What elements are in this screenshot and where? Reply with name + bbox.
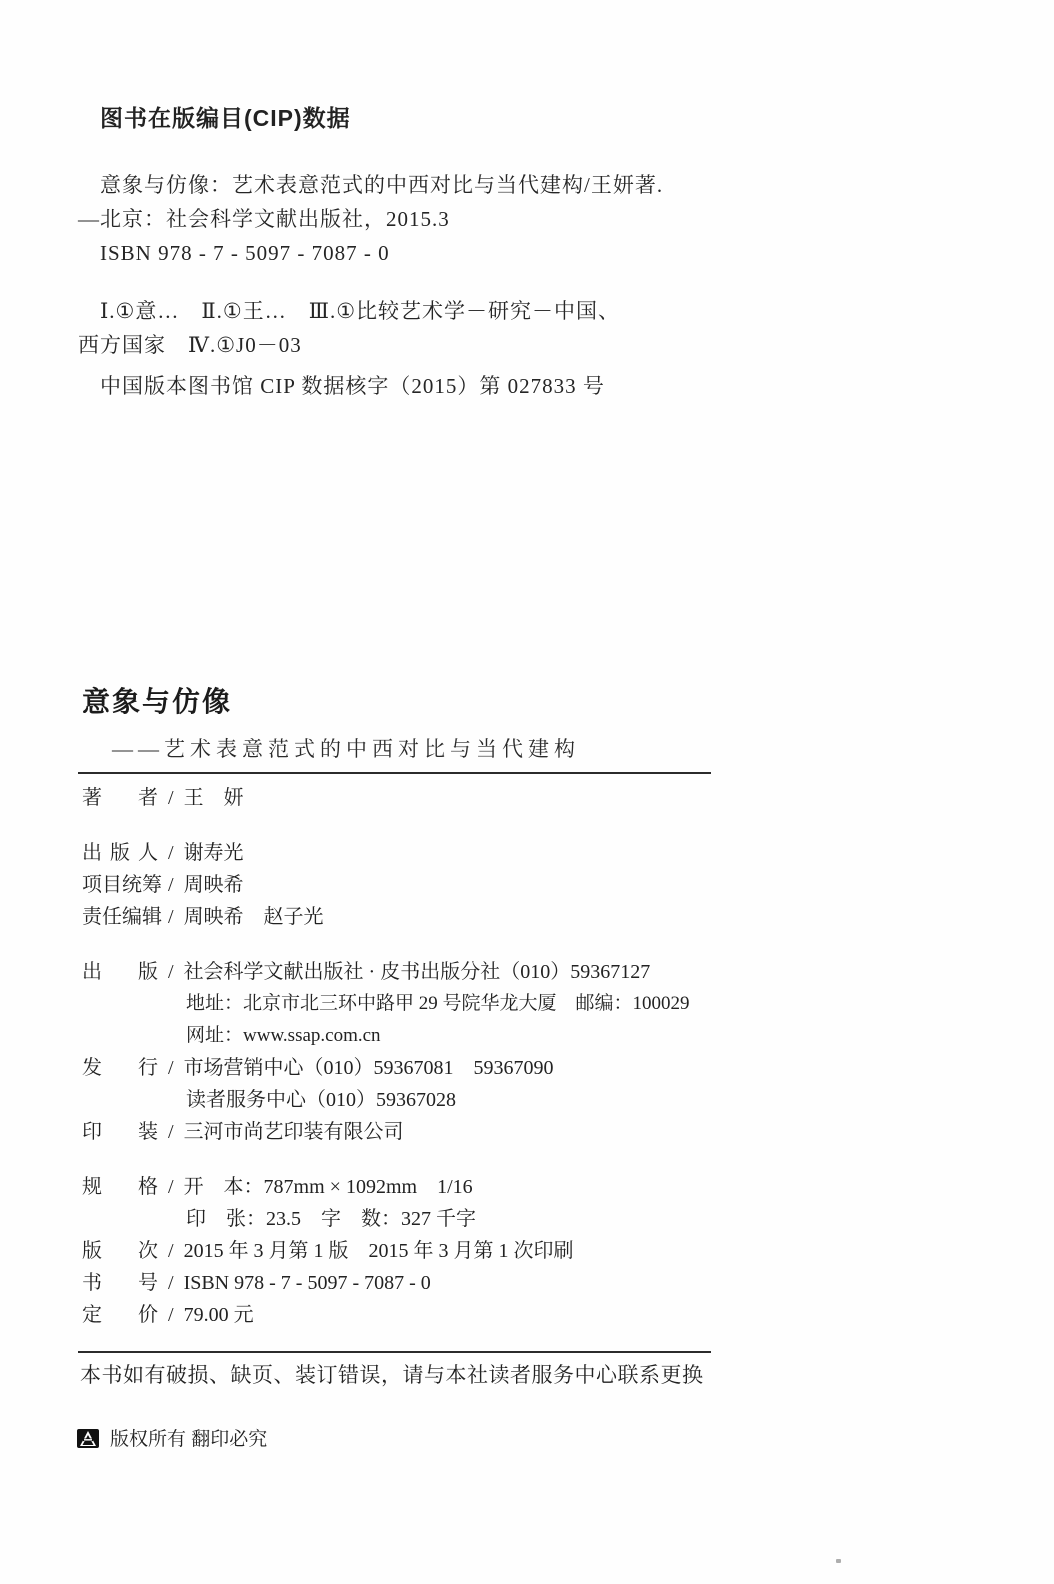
info-value: 周映希 — [184, 874, 244, 896]
info-row-author: 著者/王 妍 — [82, 782, 762, 814]
info-value: 周映希 赵子光 — [184, 906, 324, 928]
label-separator: / — [168, 1240, 174, 1262]
info-label: 定价 — [82, 1299, 158, 1331]
label-separator: / — [168, 842, 174, 864]
info-row-format: 规格/开 本：787mm × 1092mm 1/16 — [82, 1171, 762, 1203]
cip-paragraph: 意象与仿像：艺术表意范式的中西对比与当代建构/王妍著. —北京：社会科学文献出版… — [78, 168, 718, 270]
info-row-project-coordinator: 项目统筹/周映希 — [82, 869, 762, 901]
divider-rule-bottom — [78, 1351, 711, 1353]
info-value: 三河市尚艺印装有限公司 — [184, 1121, 404, 1143]
info-value: 2015 年 3 月第 1 版 2015 年 3 月第 1 次印刷 — [184, 1240, 574, 1262]
info-value: 王 妍 — [184, 787, 244, 809]
scan-artifact — [836, 1559, 841, 1563]
info-subrow-sheets-words: 印 张：23.5 字 数：327 千字 — [82, 1203, 762, 1235]
info-label: 项目统筹 — [82, 869, 158, 901]
anti-piracy-logo-icon — [76, 1426, 100, 1450]
info-row-isbn: 书号/ISBN 978 - 7 - 5097 - 7087 - 0 — [82, 1267, 762, 1299]
cip-class-line1: Ⅰ.①意… Ⅱ.①王… Ⅲ.①比较艺术学－研究－中国、 — [78, 294, 718, 328]
divider-rule-top — [78, 772, 711, 774]
cip-title-line: 意象与仿像：艺术表意范式的中西对比与当代建构/王妍著. — [78, 168, 718, 202]
info-row-distribution: 发行/市场营销中心（010）59367081 59367090 — [82, 1052, 762, 1084]
info-label: 责任编辑 — [82, 901, 158, 933]
info-label: 发行 — [82, 1052, 158, 1084]
info-value: 79.00 元 — [184, 1304, 254, 1326]
label-separator: / — [168, 787, 174, 809]
info-value: 市场营销中心（010）59367081 59367090 — [184, 1057, 554, 1079]
info-label: 印装 — [82, 1116, 158, 1148]
publication-info-list: 著者/王 妍 出版人/谢寿光 项目统筹/周映希 责任编辑/周映希 赵子光 出版/… — [82, 782, 762, 1331]
info-row-printing: 印装/三河市尚艺印装有限公司 — [82, 1116, 762, 1148]
info-row-edition: 版次/2015 年 3 月第 1 版 2015 年 3 月第 1 次印刷 — [82, 1235, 762, 1267]
cip-header: 图书在版编目(CIP)数据 — [100, 100, 351, 133]
copyright-line: 版权所有 翻印必究 — [76, 1424, 267, 1451]
cip-class-line2: 西方国家 Ⅳ.①J0－03 — [78, 328, 718, 362]
cip-isbn-line: ISBN 978 - 7 - 5097 - 7087 - 0 — [78, 236, 718, 270]
label-separator: / — [168, 906, 174, 928]
label-separator: / — [168, 1176, 174, 1198]
info-subrow-reader-service: 读者服务中心（010）59367028 — [82, 1084, 762, 1116]
colophon-page: 图书在版编目(CIP)数据 意象与仿像：艺术表意范式的中西对比与当代建构/王妍著… — [0, 0, 1054, 1584]
cip-record-number: 中国版本图书馆 CIP 数据核字（2015）第 027833 号 — [100, 370, 605, 400]
info-value: 谢寿光 — [184, 842, 244, 864]
label-separator: / — [168, 1121, 174, 1143]
info-label: 版次 — [82, 1235, 158, 1267]
damage-replacement-notice: 本书如有破损、缺页、装订错误，请与本社读者服务中心联系更换 — [80, 1360, 704, 1390]
info-row-price: 定价/79.00 元 — [82, 1299, 762, 1331]
label-separator: / — [168, 961, 174, 983]
info-label: 出版人 — [82, 837, 158, 869]
label-separator: / — [168, 1272, 174, 1294]
info-label: 出版 — [82, 956, 158, 988]
label-separator: / — [168, 1057, 174, 1079]
info-value: ISBN 978 - 7 - 5097 - 7087 - 0 — [184, 1272, 431, 1294]
info-subrow-website: 网址：www.ssap.com.cn — [82, 1020, 762, 1052]
info-row-responsible-editor: 责任编辑/周映希 赵子光 — [82, 901, 762, 933]
cip-classification: Ⅰ.①意… Ⅱ.①王… Ⅲ.①比较艺术学－研究－中国、 西方国家 Ⅳ.①J0－0… — [78, 294, 718, 362]
info-row-publisher-person: 出版人/谢寿光 — [82, 837, 762, 869]
info-label: 规格 — [82, 1171, 158, 1203]
info-label: 书号 — [82, 1267, 158, 1299]
book-subtitle: ——艺术表意范式的中西对比与当代建构 — [112, 733, 580, 763]
label-separator: / — [168, 874, 174, 896]
info-label: 著者 — [82, 782, 158, 814]
info-row-publisher: 出版/社会科学文献出版社 · 皮书出版分社（010）59367127 — [82, 956, 762, 988]
book-title: 意象与仿像 — [82, 680, 232, 720]
label-separator: / — [168, 1304, 174, 1326]
cip-publisher-line: —北京：社会科学文献出版社，2015.3 — [78, 202, 718, 236]
info-subrow-address: 地址：北京市北三环中路甲 29 号院华龙大厦 邮编：100029 — [82, 988, 762, 1020]
info-value: 社会科学文献出版社 · 皮书出版分社（010）59367127 — [184, 961, 651, 983]
info-value: 开 本：787mm × 1092mm 1/16 — [184, 1176, 473, 1198]
copyright-notice-text: 版权所有 翻印必究 — [110, 1424, 267, 1451]
